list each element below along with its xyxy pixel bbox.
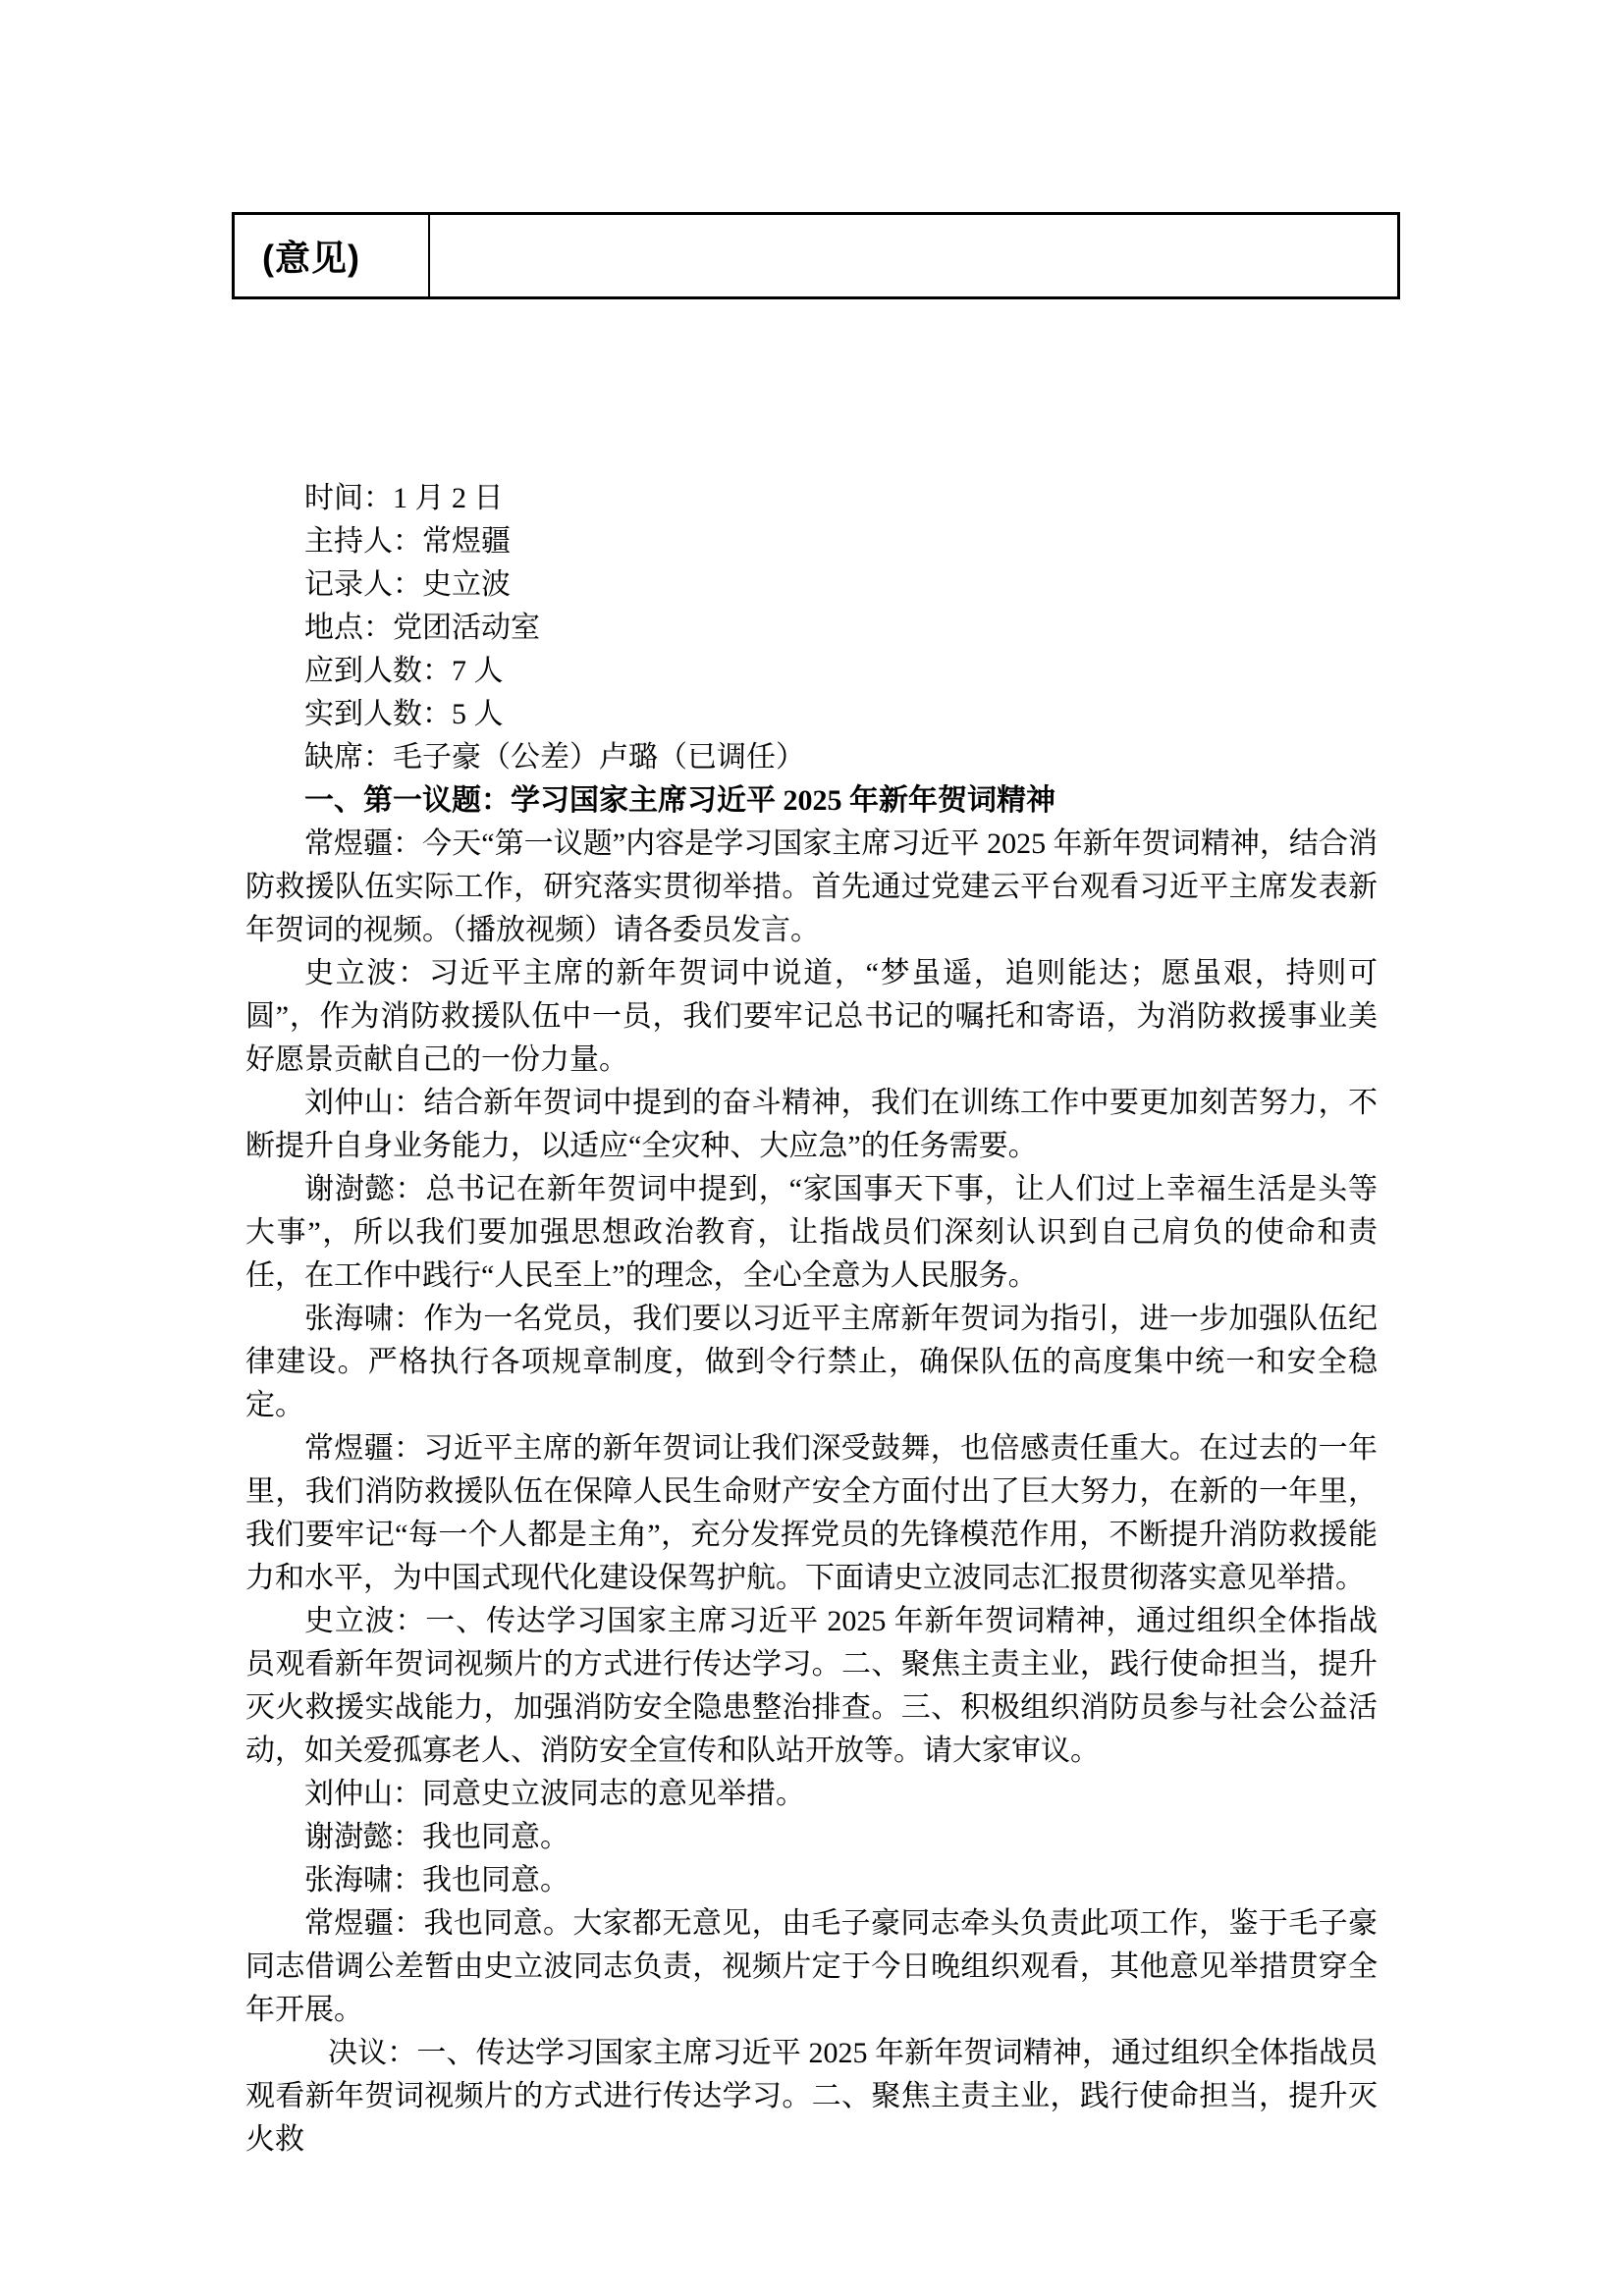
- minutes-paragraph: 张海啸：我也同意。: [245, 1859, 1378, 1902]
- agenda-heading: 一、第一议题：学习国家主席习近平 2025 年新年贺词精神: [245, 779, 1378, 823]
- meeting-info-line: 实到人数：5 人: [245, 693, 1378, 736]
- meeting-info-line: 主持人：常煜疆: [245, 520, 1378, 563]
- opinion-table: (意见): [232, 212, 1400, 299]
- minutes-paragraph: 常煜疆：今天“第一议题”内容是学习国家主席习近平 2025 年新年贺词精神，结合…: [245, 823, 1378, 952]
- minutes-paragraph: 常煜疆：习近平主席的新年贺词让我们深受鼓舞，也倍感责任重大。在过去的一年里，我们…: [245, 1427, 1378, 1600]
- meeting-info-line: 应到人数：7 人: [245, 650, 1378, 693]
- document-body: 时间：1 月 2 日主持人：常煜疆记录人：史立波地点：党团活动室应到人数：7 人…: [245, 477, 1378, 2162]
- minutes-paragraph: 谢澍懿：总书记在新年贺词中提到，“家国事天下事，让人们过上幸福生活是头等大事”，…: [245, 1168, 1378, 1298]
- minutes-paragraph: 刘仲山：结合新年贺词中提到的奋斗精神，我们在训练工作中要更加刻苦努力，不断提升自…: [245, 1082, 1378, 1168]
- minutes-paragraphs-block: 常煜疆：今天“第一议题”内容是学习国家主席习近平 2025 年新年贺词精神，结合…: [245, 823, 1378, 2162]
- meeting-info-line: 地点：党团活动室: [245, 607, 1378, 650]
- meeting-info-line: 记录人：史立波: [245, 563, 1378, 607]
- meeting-info-block: 时间：1 月 2 日主持人：常煜疆记录人：史立波地点：党团活动室应到人数：7 人…: [245, 477, 1378, 779]
- minutes-paragraph: 史立波：习近平主席的新年贺词中说道，“梦虽遥，追则能达；愿虽艰，持则可圆”，作为…: [245, 952, 1378, 1082]
- minutes-paragraph: 常煜疆：我也同意。大家都无意见，由毛子豪同志牵头负责此项工作，鉴于毛子豪同志借调…: [245, 1902, 1378, 2032]
- opinion-value-cell: [429, 214, 1399, 298]
- meeting-info-line: 时间：1 月 2 日: [245, 477, 1378, 520]
- minutes-paragraph: 张海啸：作为一名党员，我们要以习近平主席新年贺词为指引，进一步加强队伍纪律建设。…: [245, 1298, 1378, 1427]
- opinion-table-row: (意见): [234, 214, 1399, 298]
- meeting-info-line: 缺席：毛子豪（公差）卢璐（已调任）: [245, 736, 1378, 779]
- minutes-paragraph: 刘仲山：同意史立波同志的意见举措。: [245, 1773, 1378, 1816]
- document-page: (意见) 时间：1 月 2 日主持人：常煜疆记录人：史立波地点：党团活动室应到人…: [0, 0, 1623, 2296]
- opinion-label-cell: (意见): [234, 214, 429, 298]
- minutes-paragraph: 史立波：一、传达学习国家主席习近平 2025 年新年贺词精神，通过组织全体指战员…: [245, 1600, 1378, 1773]
- minutes-paragraph: 决议：一、传达学习国家主席习近平 2025 年新年贺词精神，通过组织全体指战员观…: [245, 2032, 1378, 2162]
- minutes-paragraph: 谢澍懿：我也同意。: [245, 1816, 1378, 1859]
